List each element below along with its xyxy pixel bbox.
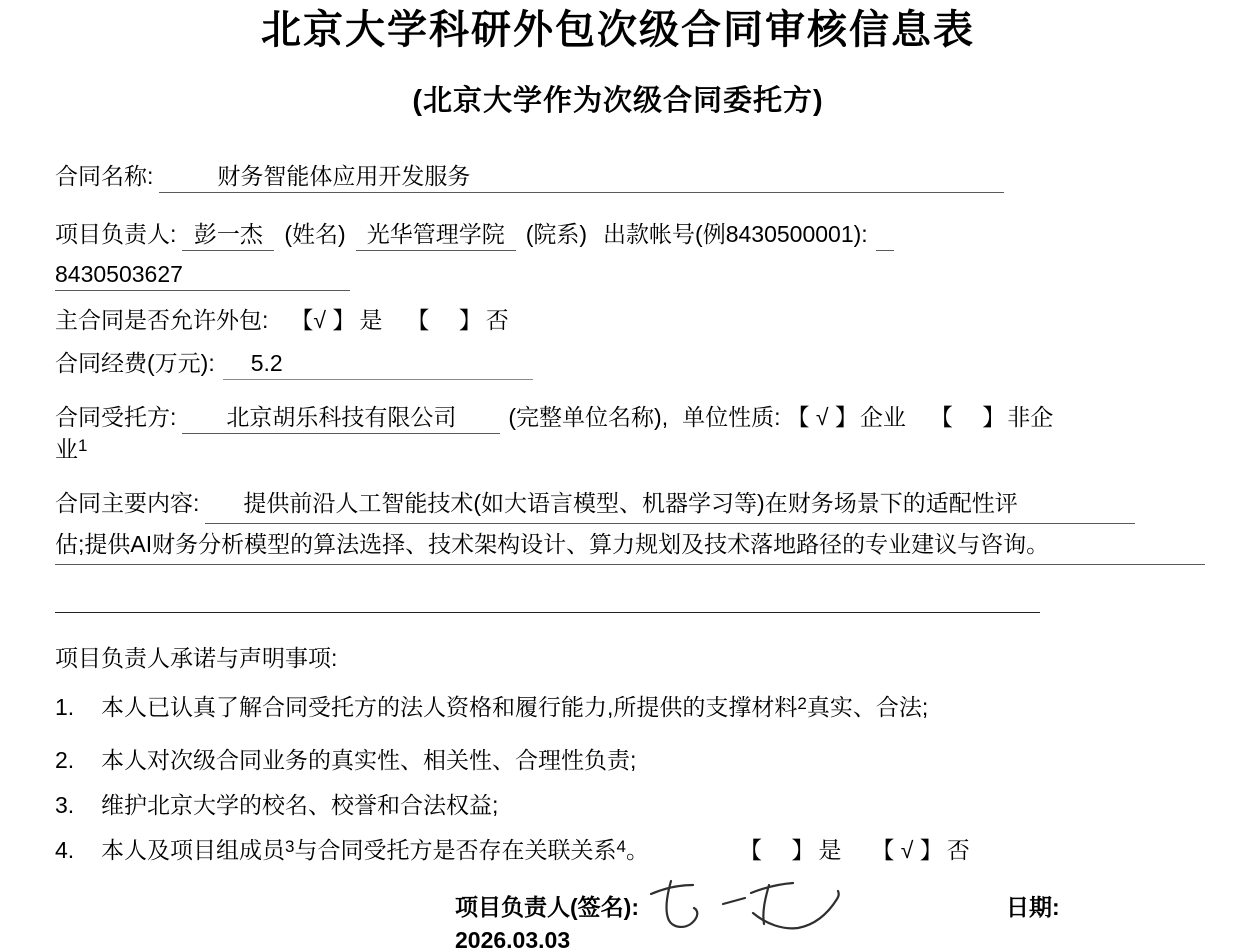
nature-enterprise-label: 企业	[860, 404, 906, 430]
outsourcing-yes-checkbox: 【√ 】	[290, 307, 355, 333]
trustee-company-value: 北京胡乐科技有限公司	[182, 402, 500, 434]
page-subtitle: (北京大学作为次级合同委托方)	[0, 86, 1236, 118]
signature-label: 项目负责人(签名):	[455, 894, 639, 920]
item-3-number: 3.	[55, 790, 101, 821]
funding-label: 合同经费(万元):	[55, 350, 215, 376]
signature-row: 项目负责人(签名): 日期:	[455, 892, 1208, 923]
date-label: 日期:	[1006, 894, 1060, 920]
field-account-number: 8430503627	[55, 259, 1208, 291]
item-3-text: 维护北京大学的校名、校誉和合法权益;	[101, 792, 498, 818]
item-4-text-pre: 本人及项目组成员	[101, 837, 285, 863]
account-value: 8430503627	[55, 259, 350, 291]
outsourcing-no-label: 否	[486, 307, 509, 333]
pi-name-hint: (姓名)	[284, 221, 345, 247]
field-main-content: 合同主要内容:提供前沿人工智能技术(如大语言模型、机器学习等)在财务场景下的适配…	[55, 483, 1208, 524]
field-main-content-line2: 估;提供AI财务分析模型的算法选择、技术架构设计、算力规划及技术落地路径的专业建…	[55, 524, 1208, 565]
non-enterprise-footnote-marker: 1	[78, 436, 87, 455]
document-page: 北京大学科研外包次级合同审核信息表 (北京大学作为次级合同委托方) 合同名称:财…	[0, 0, 1236, 948]
item-2-number: 2.	[55, 745, 101, 776]
contract-name-label: 合同名称:	[55, 163, 153, 189]
item-2-text: 本人对次级合同业务的真实性、相关性、合理性负责;	[101, 747, 636, 773]
nature-enterprise-checkbox: 【 √ 】	[787, 404, 858, 430]
declaration-heading: 项目负责人承诺与声明事项:	[55, 643, 1208, 674]
nature-non-enterprise-label-part2: 业	[55, 436, 78, 462]
item-1-footnote-marker: 2	[797, 694, 806, 713]
item-4-number: 4.	[55, 835, 101, 866]
trustee-company-hint: (完整单位名称),	[508, 404, 668, 430]
item-1-text: 本人已认真了解合同受托方的法人资格和履行能力,所提供的支撑材料	[101, 694, 797, 720]
pi-name-value: 彭一杰	[182, 219, 274, 251]
declaration-item-4: 4.本人及项目组成员3与合同受托方是否存在关联关系4。【 】是【 √ 】否	[55, 835, 1208, 866]
form-body: 合同名称:财务智能体应用开发服务 项目负责人:彭一杰(姓名)光华管理学院(院系)…	[0, 161, 1236, 948]
account-underscore	[876, 219, 894, 251]
pi-dept-hint: (院系)	[526, 221, 587, 247]
account-label: 出款帐号(例8430500001):	[603, 221, 868, 247]
field-main-content-blank-line	[55, 581, 1208, 613]
contract-name-value: 财务智能体应用开发服务	[159, 161, 1004, 193]
page-title: 北京大学科研外包次级合同审核信息表	[0, 0, 1236, 52]
item-4-text-post: 。	[626, 837, 649, 863]
field-trustee: 合同受托方:北京胡乐科技有限公司(完整单位名称),单位性质:【 √ 】企业【 】…	[55, 402, 1208, 465]
trustee-nature-label: 单位性质:	[682, 404, 780, 430]
trustee-label: 合同受托方:	[55, 404, 176, 430]
pi-label: 项目负责人:	[55, 221, 176, 247]
nature-non-enterprise-checkbox: 【 】	[930, 404, 1005, 430]
outsourcing-yes-label: 是	[359, 307, 382, 333]
outsourcing-no-checkbox: 【 】	[406, 307, 481, 333]
item-4-text-mid: 与合同受托方是否存在关联关系	[294, 837, 616, 863]
field-project-leader: 项目负责人:彭一杰(姓名)光华管理学院(院系)出款帐号(例8430500001)…	[55, 219, 1208, 251]
declaration-item-1: 1.本人已认真了解合同受托方的法人资格和履行能力,所提供的支撑材料2真实、合法;	[55, 692, 1208, 723]
funding-value: 5.2	[223, 348, 533, 380]
field-outsourcing-allowed: 主合同是否允许外包:【√ 】是【 】否	[55, 305, 1208, 336]
item-1-text-post: 真实、合法;	[807, 694, 928, 720]
outsourcing-label: 主合同是否允许外包:	[55, 307, 268, 333]
item-4-footnote-marker-4: 4	[616, 837, 625, 856]
main-content-blank-rule	[55, 581, 1040, 613]
main-content-line1: 提供前沿人工智能技术(如大语言模型、机器学习等)在财务场景下的适配性评	[205, 483, 1135, 524]
declaration-item-3: 3.维护北京大学的校名、校誉和合法权益;	[55, 790, 1208, 821]
main-content-label: 合同主要内容:	[55, 490, 199, 516]
nature-non-enterprise-label-part1: 非企	[1007, 404, 1053, 430]
related-no-label: 否	[947, 837, 970, 863]
pi-dept-value: 光华管理学院	[356, 219, 516, 251]
related-no-checkbox: 【 √ 】	[871, 837, 942, 863]
related-yes-checkbox: 【 】	[739, 837, 814, 863]
item-1-number: 1.	[55, 692, 101, 723]
main-content-line2: 估;提供AI财务分析模型的算法选择、技术架构设计、算力规划及技术落地路径的专业建…	[55, 524, 1205, 565]
related-yes-label: 是	[818, 837, 841, 863]
field-funding: 合同经费(万元):5.2	[55, 348, 1208, 380]
field-contract-name: 合同名称:财务智能体应用开发服务	[55, 161, 1208, 193]
handwritten-signature	[641, 878, 846, 936]
declaration-item-2: 2.本人对次级合同业务的真实性、相关性、合理性负责;	[55, 745, 1208, 776]
